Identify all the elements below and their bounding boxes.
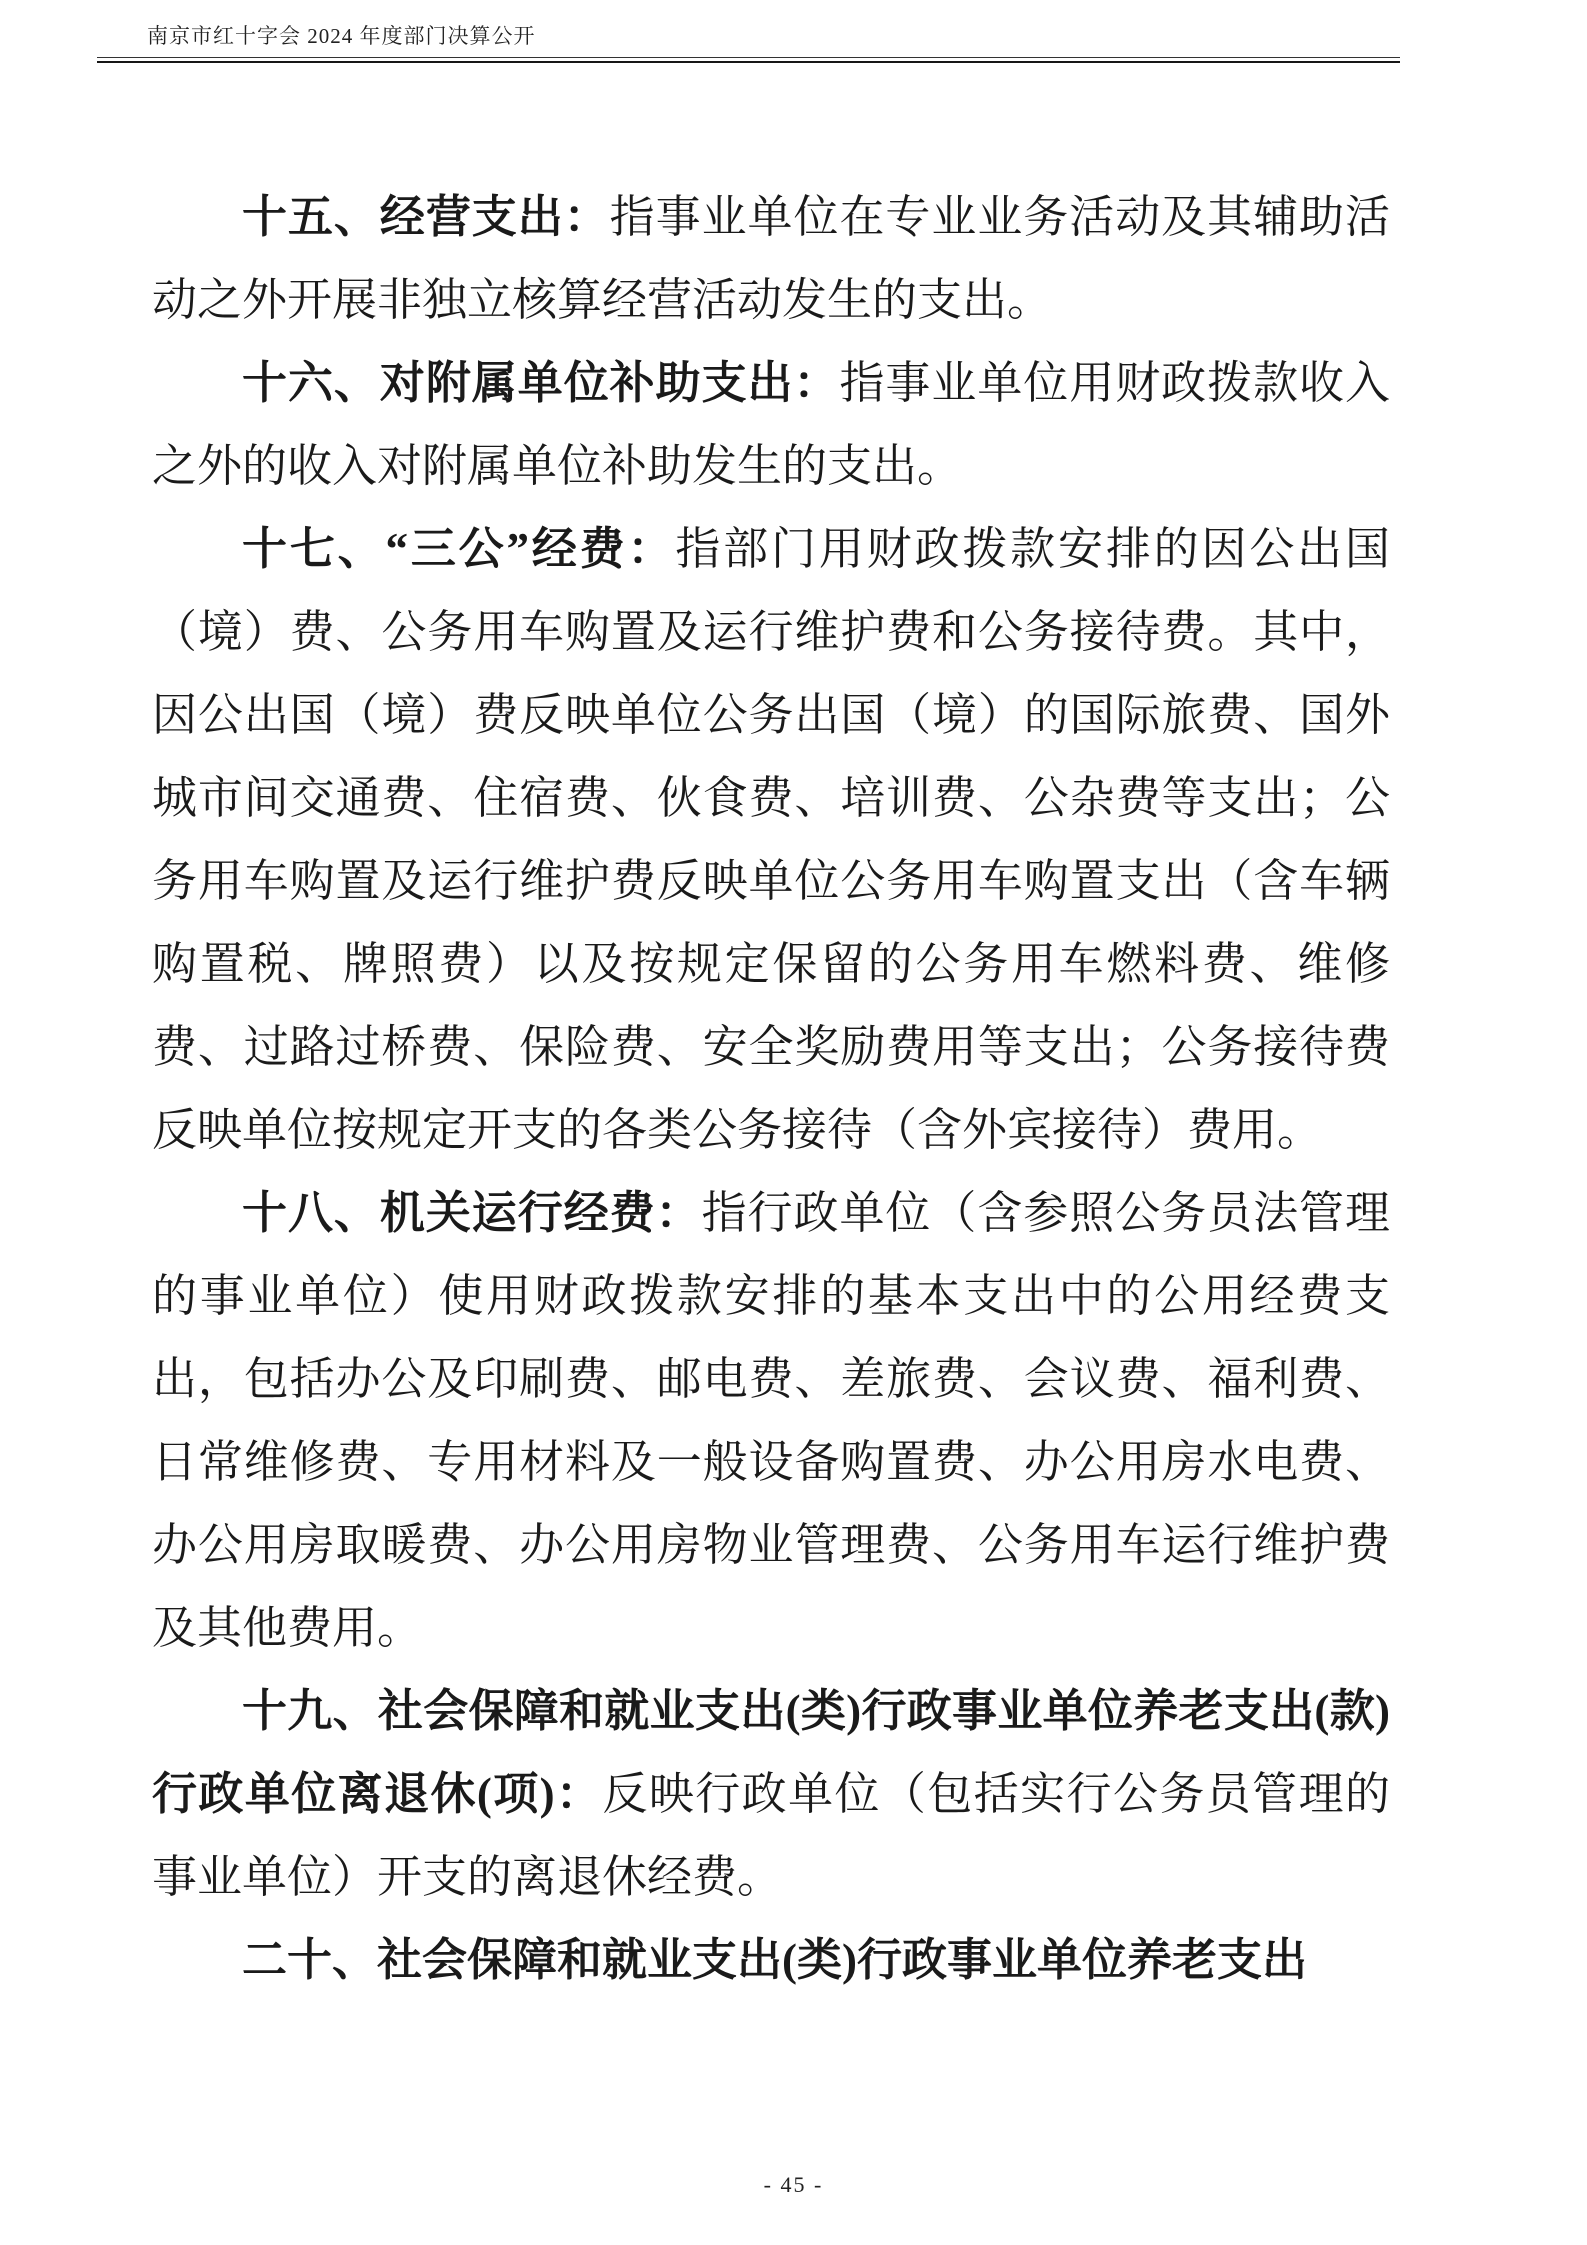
page-footer: - 45 - [0, 2172, 1587, 2198]
header-divider [97, 57, 1400, 63]
paragraph-15-lead: 十五、经营支出： [242, 192, 610, 242]
paragraph-19: 十九、社会保障和就业支出(类)行政事业单位养老支出(款)行政单位离退休(项)：反… [152, 1670, 1390, 1919]
paragraph-17: 十七、“三公”经费：指部门用财政拨款安排的因公出国（境）费、公务用车购置及运行维… [152, 508, 1390, 1172]
paragraph-18-lead: 十八、机关运行经费： [242, 1188, 702, 1238]
document-body: 十五、经营支出：指事业单位在专业业务活动及其辅助活动之外开展非独立核算经营活动发… [152, 176, 1390, 2002]
paragraph-18: 十八、机关运行经费：指行政单位（含参照公务员法管理的事业单位）使用财政拨款安排的… [152, 1172, 1390, 1670]
paragraph-20: 二十、社会保障和就业支出(类)行政事业单位养老支出 [152, 1919, 1390, 2002]
paragraph-17-lead: 十七、“三公”经费： [242, 524, 675, 574]
paragraph-17-text: 指部门用财政拨款安排的因公出国（境）费、公务用车购置及运行维护费和公务接待费。其… [152, 524, 1390, 1155]
paragraph-16-lead: 十六、对附属单位补助支出： [242, 358, 839, 408]
paragraph-18-text: 指行政单位（含参照公务员法管理的事业单位）使用财政拨款安排的基本支出中的公用经费… [152, 1188, 1390, 1653]
paragraph-16: 十六、对附属单位补助支出：指事业单位用财政拨款收入之外的收入对附属单位补助发生的… [152, 342, 1390, 508]
paragraph-20-lead: 二十、社会保障和就业支出(类)行政事业单位养老支出 [242, 1935, 1307, 1985]
document-page: 南京市红十字会 2024 年度部门决算公开 十五、经营支出：指事业单位在专业业务… [0, 0, 1587, 2245]
header-title: 南京市红十字会 2024 年度部门决算公开 [147, 20, 1400, 50]
paragraph-15: 十五、经营支出：指事业单位在专业业务活动及其辅助活动之外开展非独立核算经营活动发… [152, 176, 1390, 342]
page-header: 南京市红十字会 2024 年度部门决算公开 [97, 0, 1400, 63]
page-number: - 45 - [764, 2172, 824, 2197]
